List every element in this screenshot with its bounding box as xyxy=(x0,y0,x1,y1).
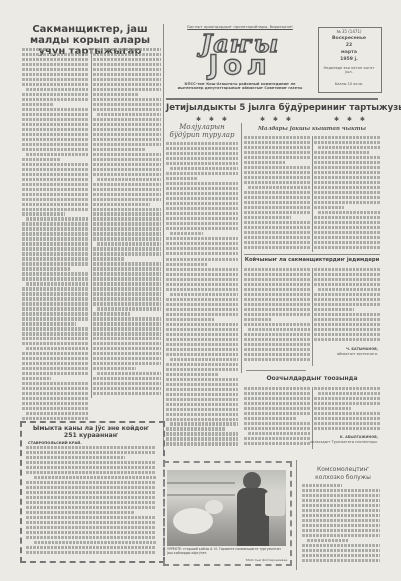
issue-day: 22 xyxy=(318,44,380,48)
text-line xyxy=(22,257,89,260)
text-line xyxy=(93,387,161,390)
text-line xyxy=(244,176,310,179)
shepherd-camp-signature-name: К. АБЫЛГАЖИНОВ, xyxy=(314,435,378,439)
text-line xyxy=(93,118,161,121)
issue-year: 1959 ј. xyxy=(318,58,380,62)
text-line xyxy=(93,133,161,136)
text-line xyxy=(314,216,380,219)
text-line xyxy=(93,158,161,161)
text-line xyxy=(93,153,161,156)
text-line xyxy=(26,521,156,524)
text-line xyxy=(302,549,380,552)
issue-month: марта xyxy=(318,51,380,55)
stars-decoration: ✱ ✱ ✱ xyxy=(260,116,294,123)
text-line xyxy=(314,283,380,286)
text-line xyxy=(26,471,156,474)
text-line xyxy=(314,166,380,169)
text-line xyxy=(22,168,89,171)
text-line xyxy=(318,288,380,291)
text-line xyxy=(302,494,380,497)
photo-credit: ТАСС-тыҥ фотохроникази. xyxy=(220,558,288,562)
text-line xyxy=(166,252,238,255)
text-line xyxy=(302,524,380,527)
text-line xyxy=(244,343,310,346)
text-line xyxy=(22,98,89,101)
text-line xyxy=(302,554,380,557)
text-line xyxy=(244,392,310,395)
text-line xyxy=(93,222,161,225)
text-line xyxy=(22,357,89,360)
sub-left-column xyxy=(166,142,238,257)
text-line xyxy=(93,148,145,151)
text-line xyxy=(93,232,161,235)
text-line xyxy=(244,211,310,214)
sub-right-column-1 xyxy=(244,136,310,252)
text-line xyxy=(244,387,310,390)
text-line xyxy=(166,288,238,291)
text-line xyxy=(93,327,161,330)
sub-right-column-2 xyxy=(314,136,380,252)
text-line xyxy=(314,402,380,405)
column-divider xyxy=(241,123,242,373)
text-line xyxy=(93,377,161,380)
text-line xyxy=(244,283,310,286)
text-line xyxy=(22,397,89,400)
text-line xyxy=(314,387,380,390)
text-line xyxy=(93,168,161,171)
text-line xyxy=(166,182,238,185)
text-line xyxy=(314,427,380,430)
shepherd-camp-headline: Оозчылдардыҥ тоозында xyxy=(244,375,380,382)
text-line xyxy=(244,278,310,281)
text-line xyxy=(93,357,161,360)
text-line xyxy=(166,303,238,306)
text-line xyxy=(93,68,161,71)
text-line xyxy=(166,328,238,331)
text-line xyxy=(93,103,161,106)
text-line xyxy=(302,489,380,492)
text-line xyxy=(93,317,161,320)
text-line xyxy=(93,287,161,290)
text-line xyxy=(22,83,89,86)
text-line xyxy=(22,227,89,230)
text-line xyxy=(97,242,161,245)
text-line xyxy=(244,333,310,336)
text-line xyxy=(22,212,65,215)
text-line xyxy=(314,176,380,179)
text-line xyxy=(314,231,380,234)
text-line xyxy=(34,541,156,544)
text-line xyxy=(314,171,380,174)
text-line xyxy=(166,202,238,205)
text-line xyxy=(22,138,89,141)
text-line xyxy=(318,146,380,149)
text-line xyxy=(22,148,89,151)
stavropol-body xyxy=(26,446,156,556)
text-line xyxy=(244,231,310,234)
text-line xyxy=(302,544,380,547)
text-line xyxy=(26,456,125,459)
text-line xyxy=(244,407,310,410)
text-line xyxy=(22,382,89,385)
text-line xyxy=(26,446,156,449)
text-line xyxy=(244,146,310,149)
text-line xyxy=(22,58,89,61)
text-line xyxy=(314,308,354,311)
text-line xyxy=(166,157,238,160)
text-line xyxy=(26,501,156,504)
issue-weekday: Воскресенье xyxy=(318,37,380,41)
text-line xyxy=(314,338,380,341)
text-line xyxy=(97,372,161,375)
text-line xyxy=(22,123,89,126)
text-line xyxy=(244,412,310,415)
sub-left-headline-line2: бӱдӱрип турулар xyxy=(166,131,238,139)
text-line xyxy=(93,203,150,206)
text-line xyxy=(26,531,156,534)
komsomol-headline-line1: Комсомолецтиҥ xyxy=(298,466,388,473)
text-line xyxy=(244,166,310,169)
text-line xyxy=(26,282,89,285)
text-line xyxy=(244,136,310,139)
text-line xyxy=(244,318,271,321)
text-line xyxy=(166,418,238,421)
text-line xyxy=(244,268,310,271)
text-line xyxy=(302,509,380,512)
text-line xyxy=(166,162,238,165)
text-line xyxy=(244,191,310,194)
text-line xyxy=(314,186,380,189)
text-line xyxy=(93,123,161,126)
text-line xyxy=(314,161,380,164)
text-line xyxy=(22,302,89,305)
text-line xyxy=(22,312,89,315)
text-line xyxy=(170,422,238,425)
text-line xyxy=(166,313,238,316)
text-line xyxy=(93,262,161,265)
text-line xyxy=(166,197,238,200)
text-line xyxy=(166,142,238,145)
sheep-photo xyxy=(167,470,286,546)
text-line xyxy=(22,103,54,106)
text-line xyxy=(93,277,161,280)
text-line xyxy=(314,407,351,410)
text-line xyxy=(26,526,156,529)
stavropol-headline-line1: Ымыкта каны ла јӱс эне койдоҥ xyxy=(22,425,160,432)
text-line xyxy=(93,98,161,101)
text-line xyxy=(314,226,380,229)
text-line xyxy=(314,221,380,224)
text-line xyxy=(170,232,202,235)
text-line xyxy=(93,302,161,305)
text-line xyxy=(93,332,161,335)
text-line xyxy=(22,48,49,51)
text-line xyxy=(22,113,89,116)
text-line xyxy=(244,313,310,316)
text-line xyxy=(314,196,380,199)
text-line xyxy=(26,347,89,350)
text-line xyxy=(166,363,238,366)
text-line xyxy=(166,283,238,286)
sub-right-headline: Малдары јакшы кыштап чыкты xyxy=(244,126,380,132)
text-line xyxy=(93,367,136,370)
column-divider xyxy=(312,268,313,366)
text-line xyxy=(166,242,238,245)
text-line xyxy=(244,151,310,154)
text-line xyxy=(22,342,89,345)
stars-decoration: ✱ ✱ ✱ xyxy=(334,116,368,123)
banner-headline: Јетијылдыкты 5 јылга бӱдӱрериниҥ тартыжу… xyxy=(166,103,380,113)
text-line xyxy=(93,322,161,325)
shepherds-signature-role: аймактыҥ зоотехниги. xyxy=(314,352,378,356)
text-line xyxy=(22,247,89,250)
text-line xyxy=(26,217,89,220)
issue-number: № 35 (1471) xyxy=(318,30,380,34)
komsomol-body xyxy=(302,484,380,568)
text-line xyxy=(166,247,238,250)
text-line xyxy=(22,73,89,76)
text-line xyxy=(244,181,310,184)
text-line xyxy=(302,559,380,562)
text-line xyxy=(93,173,161,176)
text-line xyxy=(93,63,161,66)
shepherd-camp-signature-role: колхоздыҥ Турачактагы инспекторы. xyxy=(300,440,378,444)
text-line xyxy=(302,514,380,517)
text-line xyxy=(166,217,238,220)
text-line xyxy=(93,93,139,96)
text-line xyxy=(166,227,238,230)
shepherds-column-1 xyxy=(244,268,310,366)
text-line xyxy=(314,201,380,204)
text-line xyxy=(93,312,130,315)
text-line xyxy=(166,172,238,175)
text-line xyxy=(22,387,89,390)
text-line xyxy=(248,186,310,189)
text-line xyxy=(22,108,89,111)
text-line xyxy=(22,377,51,380)
text-line xyxy=(22,237,89,240)
text-line xyxy=(22,262,89,265)
text-line xyxy=(93,257,125,260)
text-line xyxy=(314,181,380,184)
text-line xyxy=(166,403,238,406)
text-line xyxy=(314,206,344,209)
text-line xyxy=(93,337,161,340)
text-line xyxy=(170,167,238,170)
stars-decoration: ✱ ✱ ✱ xyxy=(196,116,230,123)
text-line xyxy=(166,427,225,430)
text-line xyxy=(244,417,297,420)
text-line xyxy=(166,222,238,225)
text-line xyxy=(166,338,238,341)
section-rule xyxy=(244,254,380,255)
text-line xyxy=(166,268,238,271)
text-line xyxy=(93,58,161,61)
text-line xyxy=(166,378,238,381)
shepherds-signature-name: Ч. БАТЫМАНОВ, xyxy=(314,347,378,351)
text-line xyxy=(302,499,380,502)
text-line xyxy=(22,242,89,245)
text-line xyxy=(166,152,238,155)
text-line xyxy=(244,141,310,144)
text-line xyxy=(93,392,161,395)
text-line xyxy=(166,343,238,346)
text-line xyxy=(22,163,89,166)
text-line xyxy=(166,437,238,440)
text-line xyxy=(314,136,380,139)
text-line xyxy=(314,191,380,194)
text-line xyxy=(244,288,310,291)
text-line xyxy=(93,108,161,111)
text-line xyxy=(93,78,161,81)
text-line xyxy=(93,128,161,131)
text-line xyxy=(22,362,89,365)
text-line xyxy=(166,323,238,326)
text-line xyxy=(248,432,310,435)
text-line xyxy=(166,348,238,351)
text-line xyxy=(314,417,380,420)
text-line xyxy=(22,198,89,201)
text-line xyxy=(22,372,89,375)
text-line xyxy=(244,196,310,199)
text-line xyxy=(314,273,380,276)
text-line xyxy=(244,273,310,276)
text-line xyxy=(166,432,238,435)
text-line xyxy=(314,268,380,271)
text-line xyxy=(22,193,89,196)
text-line xyxy=(244,293,310,296)
text-line xyxy=(22,252,89,255)
text-line xyxy=(93,163,161,166)
issue-frequency: Неделеде эки катап чыгат јыл. xyxy=(322,66,376,75)
text-line xyxy=(93,297,161,300)
text-line xyxy=(22,392,89,395)
text-line xyxy=(314,141,380,144)
text-line xyxy=(26,412,89,415)
text-line xyxy=(244,206,310,209)
text-line xyxy=(22,183,89,186)
text-line xyxy=(93,143,161,146)
text-line xyxy=(93,138,161,141)
text-line xyxy=(170,293,238,296)
shepherds-column-2 xyxy=(314,268,380,346)
text-line xyxy=(166,192,238,195)
text-line xyxy=(97,307,161,310)
text-line xyxy=(302,504,380,507)
masthead-rule xyxy=(166,98,378,100)
text-line xyxy=(244,241,310,244)
text-line xyxy=(244,427,310,430)
text-line xyxy=(314,236,380,239)
text-line xyxy=(166,442,238,445)
text-line xyxy=(314,323,380,326)
text-line xyxy=(22,93,89,96)
text-line xyxy=(166,298,238,301)
text-line xyxy=(93,73,161,76)
text-line xyxy=(26,546,156,549)
photo-caption: ҮУРЕКТЕ: старший койчы А. И. Горяинге са… xyxy=(167,548,286,556)
text-line xyxy=(97,48,161,51)
text-line xyxy=(97,178,161,181)
text-line xyxy=(244,402,310,405)
text-line xyxy=(166,383,238,386)
text-line xyxy=(22,337,89,340)
text-line xyxy=(314,293,380,296)
stavropol-dateline: СТАВРОПОЛЬСКИЙ КРАЙ. xyxy=(28,441,82,445)
text-line xyxy=(314,422,380,425)
text-line xyxy=(22,352,89,355)
text-line xyxy=(244,236,310,239)
text-line xyxy=(93,382,161,385)
text-line xyxy=(22,178,89,181)
text-line xyxy=(22,402,89,405)
text-line xyxy=(22,63,89,66)
text-line xyxy=(93,282,161,285)
text-line xyxy=(22,297,89,300)
issue-price: Баазы 10 акча. xyxy=(318,82,380,86)
text-line xyxy=(22,203,89,206)
text-line xyxy=(93,362,161,365)
text-line xyxy=(26,451,156,454)
text-line xyxy=(93,88,161,91)
shepherds-headline: Койчыныҥ ла сакманщиктердиҥ једимдери xyxy=(244,257,380,263)
text-line xyxy=(26,153,89,156)
text-line xyxy=(244,348,310,351)
text-line xyxy=(314,298,380,301)
text-line xyxy=(244,308,310,311)
text-line xyxy=(22,307,89,310)
text-line xyxy=(307,539,348,542)
text-line xyxy=(93,183,161,186)
text-line xyxy=(244,246,310,249)
text-line xyxy=(166,212,238,215)
column-divider xyxy=(296,460,297,570)
text-line xyxy=(22,287,89,290)
text-line xyxy=(22,367,89,370)
text-line xyxy=(314,303,380,306)
text-line xyxy=(244,353,310,356)
text-line xyxy=(93,292,161,295)
newspaper-title-line2: Јол xyxy=(190,53,290,79)
text-line xyxy=(248,328,310,331)
text-line xyxy=(318,211,380,214)
text-line xyxy=(166,263,208,266)
text-line xyxy=(166,308,238,311)
text-line xyxy=(93,212,161,215)
text-line xyxy=(22,188,89,191)
sub-left-column-continued xyxy=(166,258,238,448)
text-line xyxy=(170,358,238,361)
text-line xyxy=(302,534,380,537)
column-divider xyxy=(163,24,164,454)
text-line xyxy=(26,461,156,464)
text-line xyxy=(244,422,310,425)
text-line xyxy=(26,491,156,494)
stavropol-headline-line2: 251 курааннаҥ xyxy=(22,432,160,439)
text-line xyxy=(22,232,89,235)
text-line xyxy=(314,156,380,159)
sub-left-headline-line1: Молјуларын xyxy=(166,123,238,131)
text-line xyxy=(244,216,291,219)
text-line xyxy=(22,143,89,146)
text-line xyxy=(22,277,89,280)
text-line xyxy=(166,398,238,401)
text-line xyxy=(22,208,89,211)
text-line xyxy=(93,193,161,196)
text-line xyxy=(22,133,89,136)
text-line xyxy=(22,78,89,81)
text-line xyxy=(166,147,238,150)
